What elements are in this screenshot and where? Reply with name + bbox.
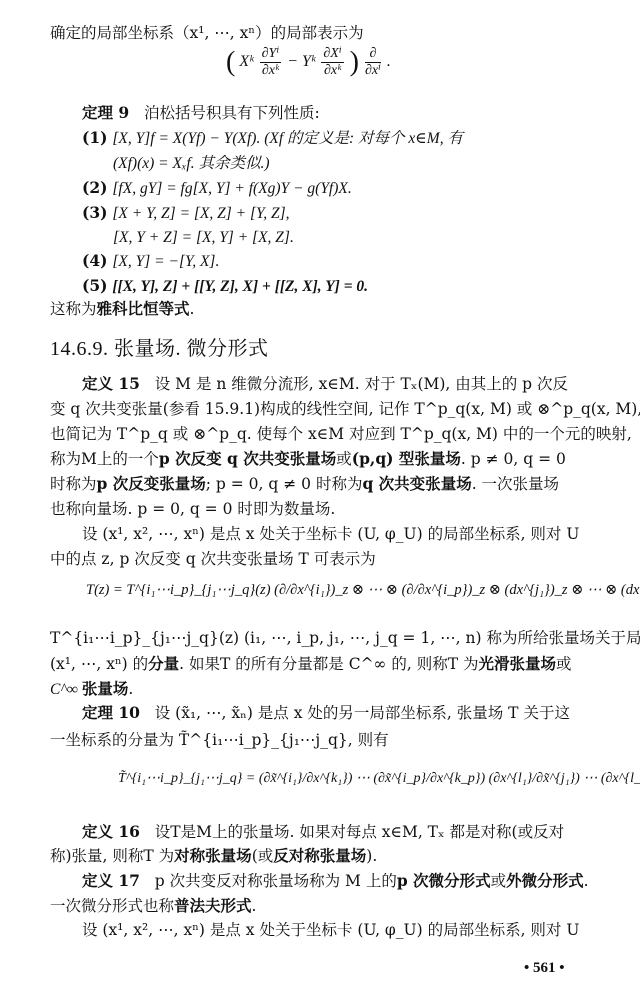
eq-term: Xᵏ (239, 53, 253, 70)
theorem-10-line: 定理 10 设 (x̃₁, ⋯, x̃ₙ) 是点 x 处的另一局部坐标系, 张量… (82, 703, 570, 723)
item-text: [X + Y, Z] = [X, Z] + [Y, Z], (112, 205, 289, 222)
text: . p ≠ 0, q = 0 (461, 450, 566, 468)
theorem-label: 定理 10 (82, 703, 140, 722)
theorem-9-item: (5) [[X, Y], Z] + [[Y, Z], X] + [[Z, X],… (82, 276, 368, 297)
item-number: (1) (82, 128, 107, 147)
item-text: [X, Y] = −[Y, X]. (112, 253, 219, 270)
page-number: • 561 • (524, 958, 565, 978)
definition-17-line: 定义 17 p 次共变反对称张量场称为 M 上的p 次微分形式或外微分形式. (82, 871, 589, 891)
item-number: (2) (82, 178, 107, 197)
paragraph-line: (x¹, ⋯, xⁿ) 的分量. 如果T 的所有分量都是 C^∞ 的, 则称T … (50, 654, 572, 674)
item-text: [X, Y + Z] = [X, Y] + [X, Z]. (113, 229, 294, 246)
theorem-9-item: [X, Y + Z] = [X, Y] + [X, Z]. (113, 227, 294, 248)
term-bold: 分量 (148, 654, 179, 673)
text: ; p = 0, q ≠ 0 时称为 (206, 475, 363, 493)
theorem-statement: 泊松括号积具有下列性质: (144, 104, 320, 122)
equation-coordinate-transform: T̃^{i₁⋯i_p}_{j₁⋯j_q} = (∂x̃^{i₁}/∂x^{k₁}… (118, 770, 640, 787)
paren-open: ( (226, 47, 235, 78)
definition-label: 定义 17 (82, 871, 140, 890)
theorem-9-item: (3) [X + Y, Z] = [X, Z] + [Y, Z], (82, 203, 290, 224)
text: . (252, 897, 257, 915)
text: p 次共变反对称张量场称为 M 上的 (155, 872, 397, 890)
text: 或 (336, 450, 352, 468)
document-page: 确定的局部坐标系（x¹, ⋯, xⁿ）的局部表示为 ( Xᵏ ∂Yⁱ∂xᵏ − … (0, 0, 640, 988)
fraction: ∂Xⁱ∂xᵏ (321, 46, 343, 79)
item-number: (4) (82, 251, 107, 270)
text: . 一次张量场 (472, 475, 559, 493)
eq-term: Yᵏ (302, 53, 315, 70)
term-bold: 反对称张量场 (273, 846, 366, 865)
definition-15-line: 也简记为 T^p_q 或 ⊗^p_q. 使每个 x∈M 对应到 T^p_q(x,… (50, 424, 632, 444)
text: 一次微分形式也称 (50, 897, 174, 915)
text: (或 (252, 847, 274, 865)
theorem-9-item: (2) [fX, gY] = fg[X, Y] + f(Xg)Y − g(Yf)… (82, 178, 352, 199)
intro-line: 确定的局部坐标系（x¹, ⋯, xⁿ）的局部表示为 (50, 23, 364, 43)
term-bold: 普法夫形式 (174, 896, 252, 915)
equation-poisson-local: ( Xᵏ ∂Yⁱ∂xᵏ − Yᵏ ∂Xⁱ∂xᵏ ) ∂∂xⁱ . (226, 46, 391, 90)
definition-15-line: 定义 15 设 M 是 n 维微分流形, x∈M. 对于 Tₓ(M), 由其上的… (82, 374, 568, 394)
theorem-9-item: (1) [X, Y]f = X(Yf) − Y(Xf). (Xf 的定义是: 对… (82, 128, 463, 149)
text: . 如果T 的所有分量都是 C^∞ 的, 则称T 为 (179, 655, 478, 673)
theorem-10-line: 一坐标系的分量为 T̃^{i₁⋯i_p}_{j₁⋯j_q}, 则有 (50, 730, 389, 750)
jacobi-identity-line: 这称为雅科比恒等式. (50, 299, 194, 319)
text: . (128, 680, 133, 698)
fraction: ∂∂xⁱ (365, 46, 381, 79)
fraction: ∂Yⁱ∂xᵏ (260, 46, 282, 79)
text: 称为M上的一个 (50, 450, 159, 468)
text: (x¹, ⋯, xⁿ) 的 (50, 655, 148, 673)
paragraph-line: 设 (x¹, x², ⋯, xⁿ) 是点 x 处关于坐标卡 (U, φ_U) 的… (82, 920, 579, 940)
term-bold: 光滑张量场 (479, 654, 557, 673)
item-text: [fX, gY] = fg[X, Y] + f(Xg)Y − g(Yf)X. (112, 180, 351, 197)
text: 设 M 是 n 维微分流形, x∈M. 对于 Tₓ(M), 由其上的 p 次反 (155, 375, 568, 393)
equation-tensor-field: T(z) = T^{i₁⋯i_p}_{j₁⋯j_q}(z) (∂/∂x^{i₁}… (86, 582, 640, 599)
definition-15-line: 也称向量场. p = 0, q = 0 时即为数量场. (50, 499, 335, 519)
paragraph-line: T^{i₁⋯i_p}_{j₁⋯j_q}(z) (i₁, ⋯, i_p, j₁, … (50, 628, 640, 648)
term-bold: q 次共变张量场 (362, 474, 471, 493)
minus-sign: − (287, 53, 298, 70)
term-bold: 雅科比恒等式 (97, 299, 190, 318)
definition-label: 定义 15 (82, 374, 140, 393)
text: 或 (556, 655, 572, 673)
period: . (387, 53, 391, 70)
definition-16-line: 称)张量, 则称T 为对称张量场(或反对称张量场). (50, 846, 377, 866)
text: 时称为 (50, 475, 97, 493)
theorem-9-header: 定理 9 泊松括号积具有下列性质: (82, 103, 320, 123)
text: . (190, 300, 195, 318)
theorem-label: 定理 9 (82, 103, 129, 122)
definition-15-line: 称为M上的一个p 次反变 q 次共变张量场或(p,q) 型张量场. p ≠ 0,… (50, 449, 566, 469)
text: ). (366, 847, 377, 865)
theorem-9-item: (Xf)(x) = Xₓf. 其余类似.) (113, 153, 269, 174)
term-bold: p 次微分形式 (397, 871, 491, 890)
item-text: (Xf)(x) = Xₓf. 其余类似.) (113, 155, 269, 172)
term-bold: (p,q) 型张量场 (352, 449, 461, 468)
term-bold: p 次反变 q 次共变张量场 (159, 449, 336, 468)
item-number: (5) (82, 276, 107, 295)
term-bold: 外微分形式 (506, 871, 584, 890)
item-number: (3) (82, 203, 107, 222)
text: 设 (x̃₁, ⋯, x̃ₙ) 是点 x 处的另一局部坐标系, 张量场 T 关于… (155, 704, 570, 722)
text: 称)张量, 则称T 为 (50, 847, 174, 865)
term-bold: p 次反变张量场 (97, 474, 206, 493)
paren-close: ) (350, 47, 359, 78)
text: . (584, 872, 589, 890)
paragraph-line: 设 (x¹, x², ⋯, xⁿ) 是点 x 处关于坐标卡 (U, φ_U) 的… (82, 524, 579, 544)
term-bold: 张量场 (82, 679, 129, 698)
definition-17-line: 一次微分形式也称普法夫形式. (50, 896, 256, 916)
text: C^∞ (50, 681, 82, 698)
paragraph-line: C^∞ 张量场. (50, 679, 133, 700)
text: 这称为 (50, 300, 97, 318)
item-text: [[X, Y], Z] + [[Y, Z], X] + [[Z, X], Y] … (112, 278, 368, 295)
definition-16-line: 定义 16 设T是M上的张量场. 如果对每点 x∈M, Tₓ 都是对称(或反对 (82, 822, 564, 842)
item-text: [X, Y]f = X(Yf) − Y(Xf). (Xf 的定义是: 对每个 x… (112, 130, 463, 147)
text: 设T是M上的张量场. 如果对每点 x∈M, Tₓ 都是对称(或反对 (155, 823, 564, 841)
theorem-9-item: (4) [X, Y] = −[Y, X]. (82, 251, 219, 272)
definition-15-line: 变 q 次共变张量(参看 15.9.1)构成的线性空间, 记作 T^p_q(x,… (50, 399, 640, 419)
definition-label: 定义 16 (82, 822, 140, 841)
term-bold: 对称张量场 (174, 846, 252, 865)
text: 或 (491, 872, 507, 890)
definition-15-line: 时称为p 次反变张量场; p = 0, q ≠ 0 时称为q 次共变张量场. 一… (50, 474, 559, 494)
section-heading: 14.6.9. 张量场. 微分形式 (50, 336, 269, 362)
paragraph-line: 中的点 z, p 次反变 q 次共变张量场 T 可表示为 (50, 549, 376, 569)
